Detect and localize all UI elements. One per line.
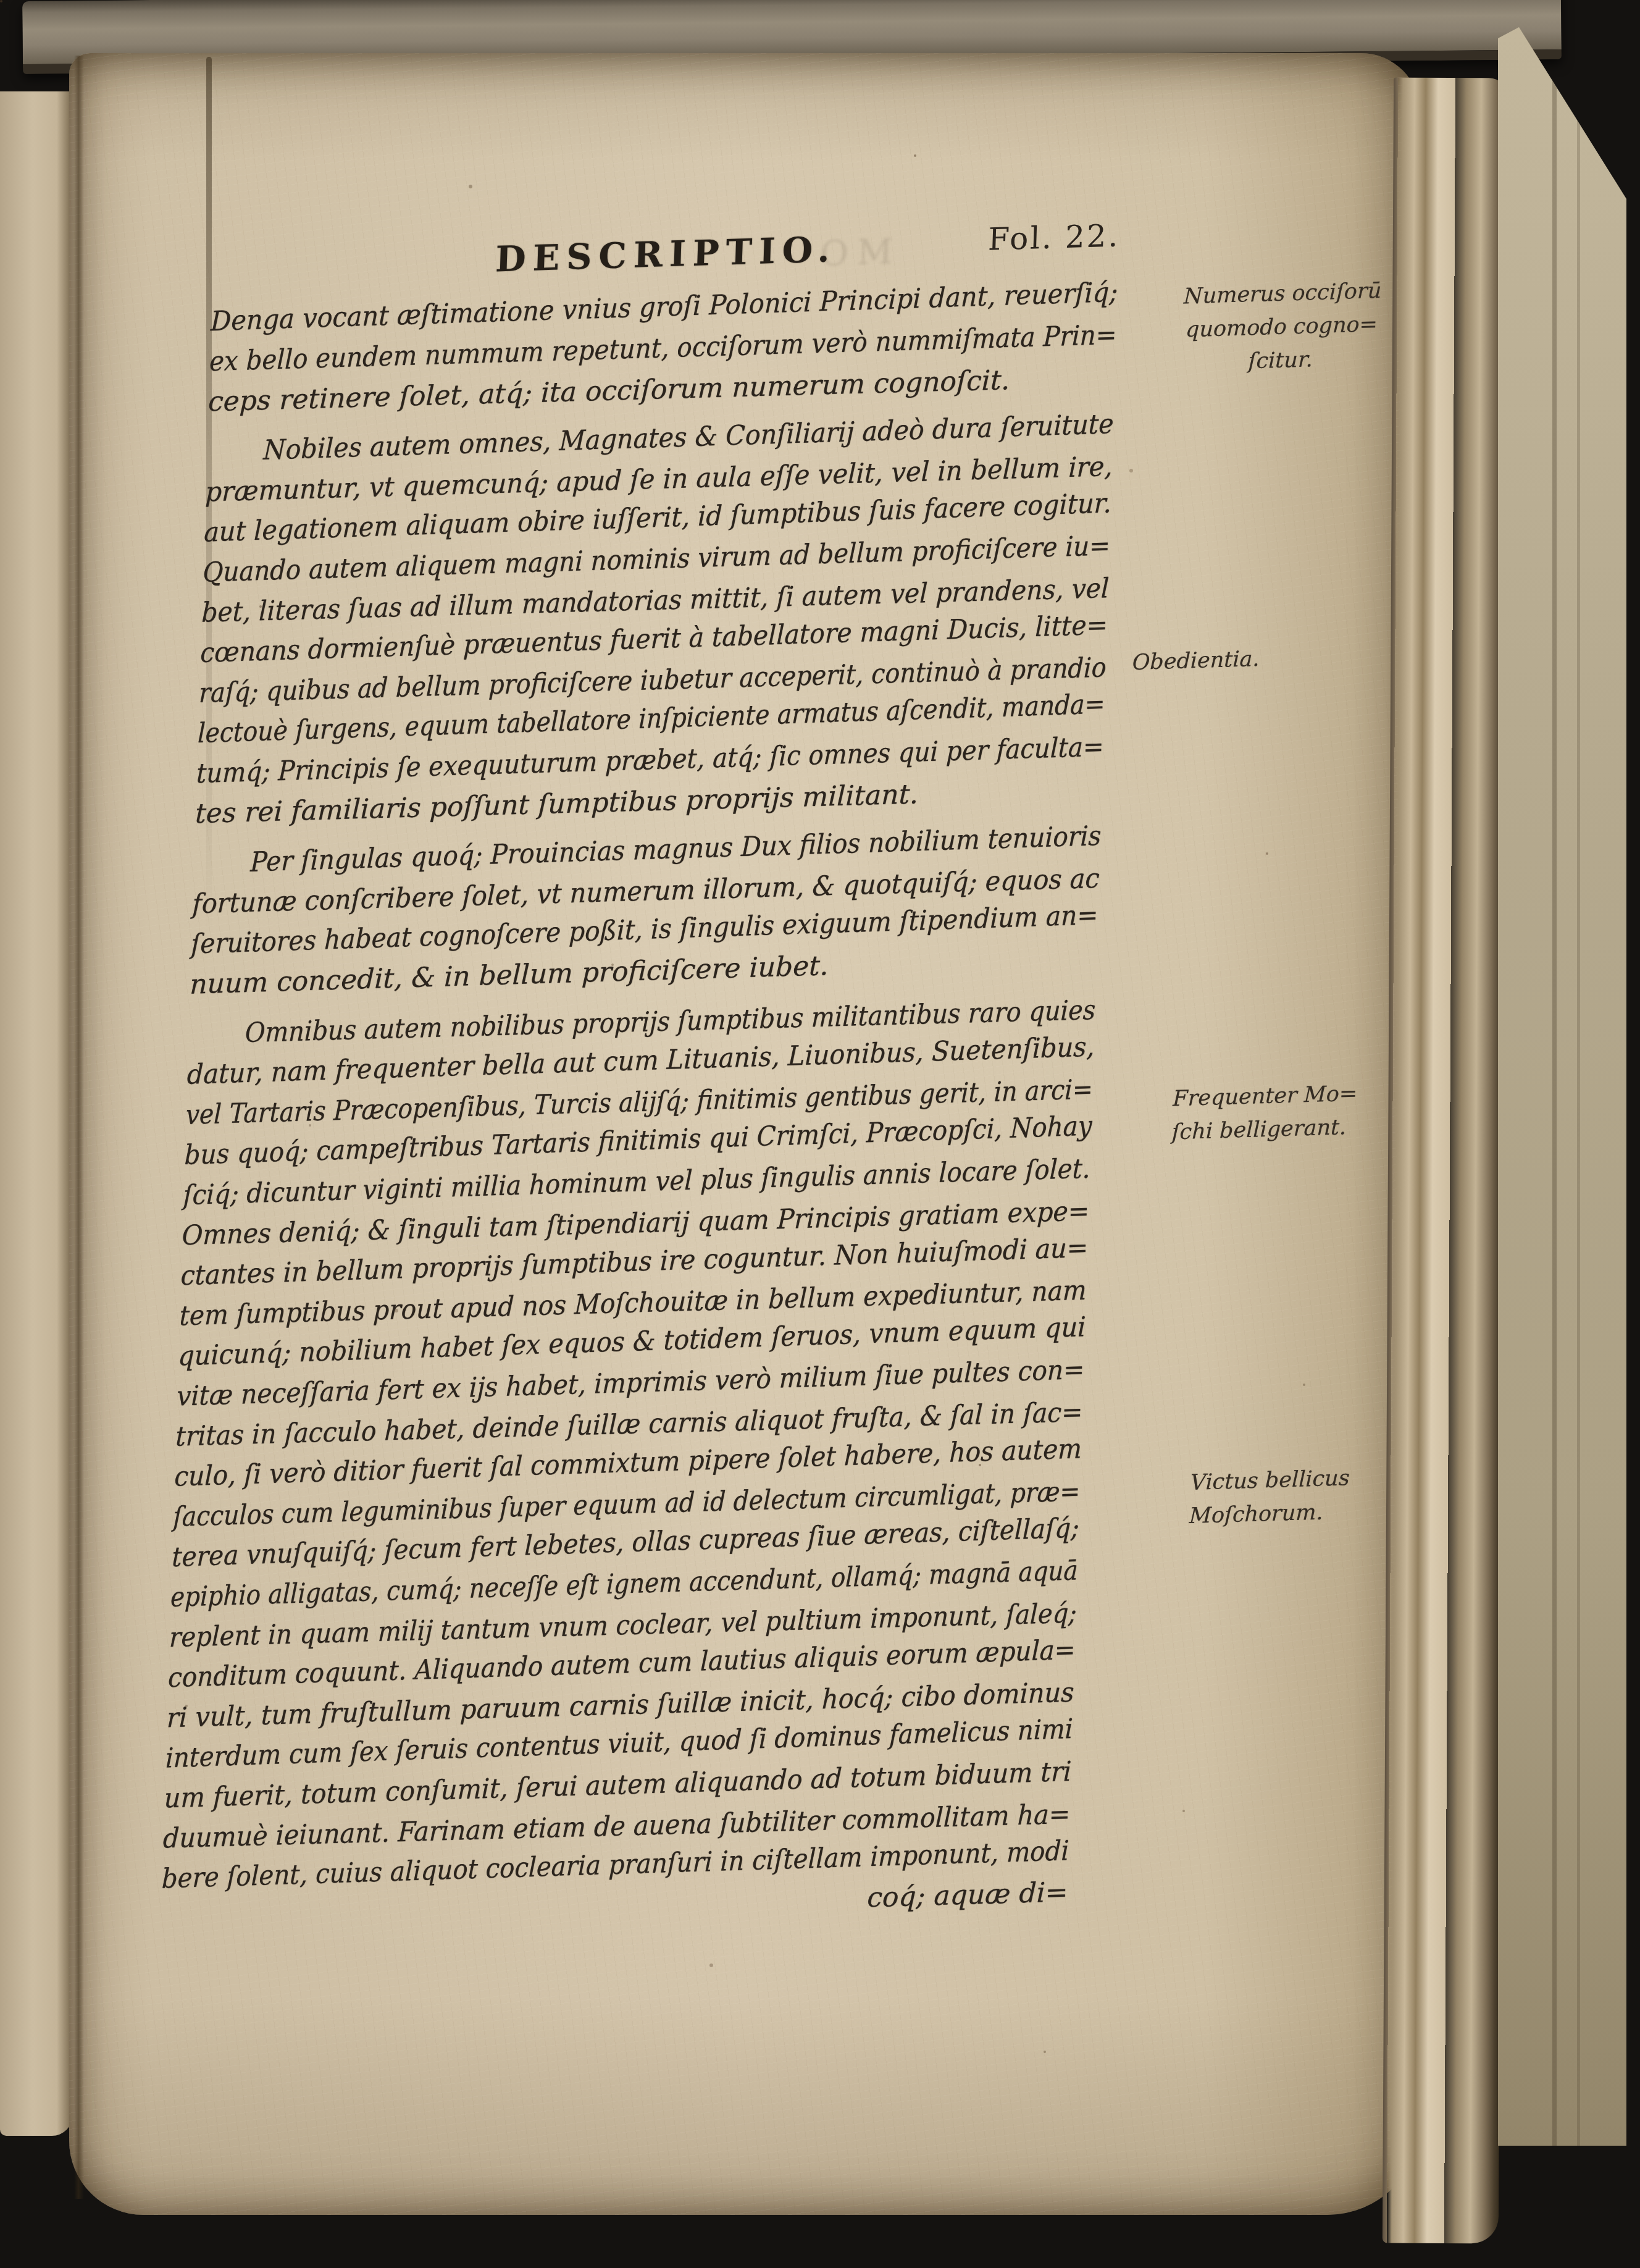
margin-note-obedientia: Obedientia. xyxy=(1132,642,1260,679)
book-photo: OM DESCRIPTIO. Fol. 22. Denga vocant æſt… xyxy=(0,0,1640,2268)
folio-number: Fol. 22. xyxy=(987,217,1120,257)
margin-note-line: Frequenter Mo= xyxy=(1173,1077,1358,1116)
margin-note-frequenter-moschi: Frequenter Mo= ſchi belligerant. xyxy=(1171,1077,1358,1149)
margin-note-victus-bellicus: Victus bellicus Moſchorum. xyxy=(1189,1461,1350,1533)
facing-page-edge xyxy=(0,91,73,2136)
gutter-crease xyxy=(74,56,84,2199)
margin-note-line: Obedientia. xyxy=(1132,642,1260,679)
paragraphs: Denga vocant æſtimatione vnius groſi Pol… xyxy=(161,273,1174,1899)
paragraph: Per ſingulas quoq́; Prouincias magnus Du… xyxy=(189,815,1157,1005)
margin-note-numerus-occisorum: Numerus occiſorū quomodo cogno= ſcitur. xyxy=(1141,273,1422,382)
catchword: coq́; aquæ di= xyxy=(866,1872,1068,1918)
paragraph: Denga vocant æſtimatione vnius groſi Pol… xyxy=(207,273,1174,422)
paragraph: Omnibus autem nobilibus proprijs ſumptib… xyxy=(161,986,1152,1899)
fore-edge-page-stack xyxy=(1383,78,1510,2244)
paper-specks xyxy=(0,0,2,2)
margin-note-line: ſchi belligerant. xyxy=(1171,1111,1357,1149)
margin-note-line: Victus bellicus xyxy=(1190,1461,1350,1500)
margin-note-line: Moſchorum. xyxy=(1189,1495,1349,1533)
printed-text: OM DESCRIPTIO. Fol. 22. Denga vocant æſt… xyxy=(160,219,1176,1939)
paragraph: Nobiles autem omnes, Magnates & Conſilia… xyxy=(195,403,1170,834)
back-cover-board xyxy=(1498,27,1626,2146)
